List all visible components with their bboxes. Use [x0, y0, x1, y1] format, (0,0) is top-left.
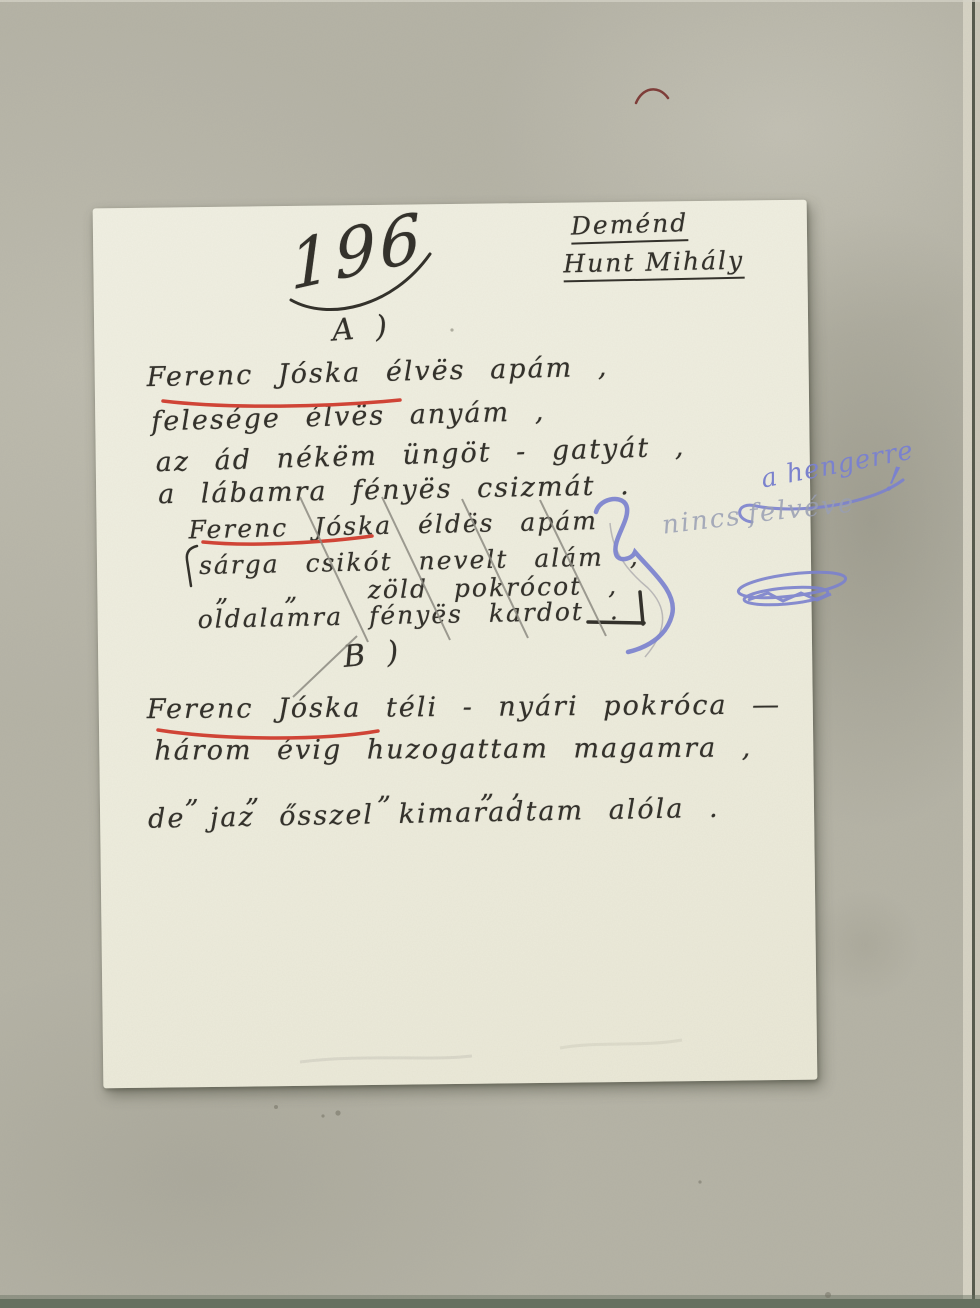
section-b-label: B )	[342, 634, 406, 675]
header-collector-name: Hunt Mihály	[563, 246, 744, 283]
red-arc-mark	[636, 89, 668, 103]
verse-line: Ferenc Jóska téli - nyári pokróca —	[147, 690, 782, 725]
page-number: 196	[288, 197, 426, 305]
scanned-manuscript-card: 196 Deménd Hunt Mihály A ) Ferenc Jóska …	[0, 0, 980, 1308]
verse-line: felesége élvës anyám ,	[151, 396, 546, 437]
verse-line: a lábamra fényës csizmát .	[158, 470, 631, 510]
speck	[274, 1105, 278, 1109]
song-title-name: Ferenc Jóska	[146, 357, 361, 393]
speck	[698, 1180, 701, 1183]
manuscript-paper: 196 Deménd Hunt Mihály A ) Ferenc Jóska …	[93, 200, 818, 1089]
verse-line-text: élvës apám ,	[386, 352, 609, 388]
verse-line-text: éldës apám	[418, 506, 599, 539]
speck	[825, 1292, 831, 1298]
verse-line: Ferenc Jóska élvës apám ,	[146, 352, 608, 393]
song-title-name: Ferenc Jóska	[147, 693, 362, 725]
song-title-name: Ferenc Jóska	[188, 511, 392, 545]
speck	[335, 1110, 340, 1115]
section-a-label: A )	[331, 309, 395, 349]
speck	[321, 1114, 324, 1117]
verse-line: három évig huzogattam magamra ,	[154, 732, 752, 766]
verse-line: Ferenc Jóska éldës apám	[188, 506, 598, 544]
verse-line-text: téli - nyári pokróca —	[386, 690, 781, 724]
header-place: Deménd	[570, 208, 688, 244]
